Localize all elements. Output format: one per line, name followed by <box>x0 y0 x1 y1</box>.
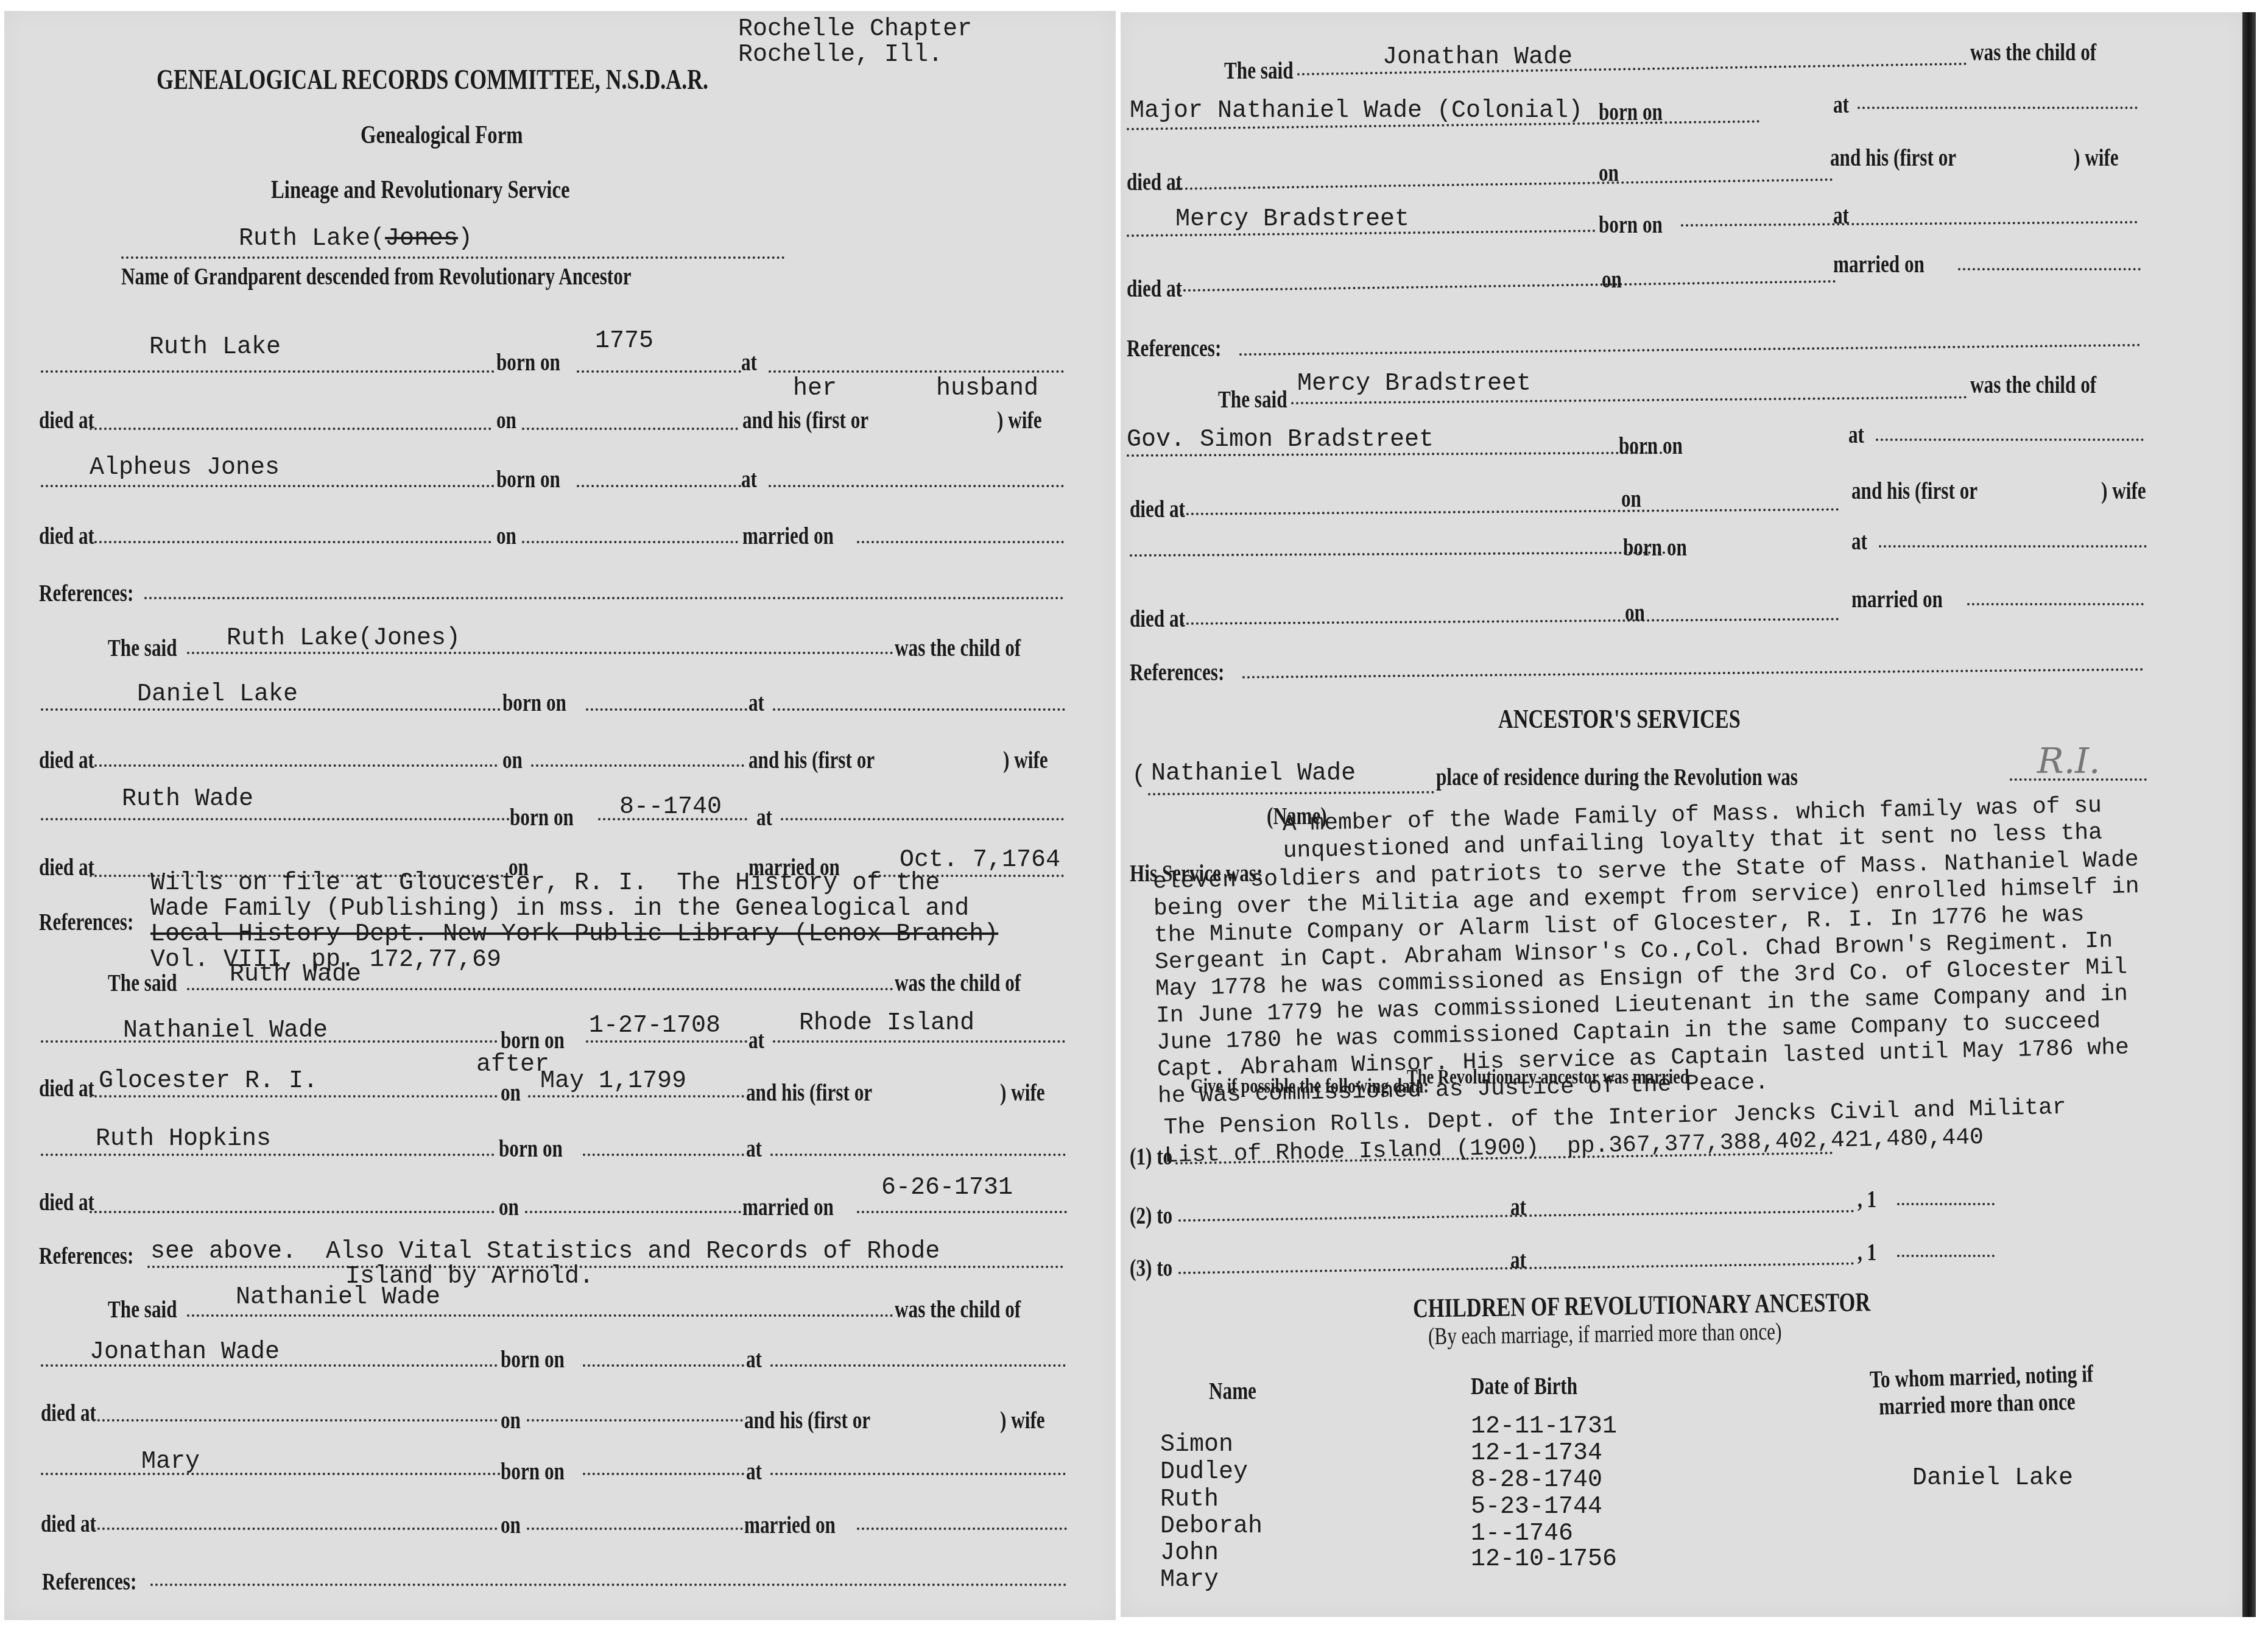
at-label: at <box>746 1457 762 1485</box>
form-subtitle: Lineage and Revolutionary Service <box>271 175 569 205</box>
year-prefix-label: , 1 <box>1858 1238 1876 1266</box>
gen1-person-field[interactable]: Ruth Lake <box>149 334 281 361</box>
gen3-mother-field[interactable]: Ruth Hopkins <box>96 1126 271 1153</box>
year-prefix-label: , 1 <box>1858 1185 1876 1213</box>
gen4-mother-field[interactable]: Mary <box>141 1448 200 1476</box>
gen4-father-field[interactable]: Jonathan Wade <box>90 1339 280 1366</box>
born-on-label: born on <box>496 465 560 493</box>
child-spouse: Daniel Lake <box>1912 1465 2073 1492</box>
was-child-of-label: was the child of <box>895 968 1021 997</box>
marriage-3-label: (3) to <box>1130 1253 1172 1282</box>
gen3-father-died-at-field[interactable]: Glocester R. I. <box>99 1068 318 1095</box>
gen2-mother-field[interactable]: Ruth Wade <box>122 786 253 813</box>
on-label: on <box>501 1406 521 1434</box>
child-dob: 8-28-1740 <box>1471 1467 1602 1494</box>
the-said-label: The said <box>108 633 177 662</box>
at-label: at <box>741 465 757 493</box>
chapter-name: Rochelle Chapter <box>738 16 972 43</box>
was-child-of-label: was the child of <box>895 633 1021 662</box>
at-label: at <box>1510 1246 1526 1274</box>
at-label: at <box>741 348 757 376</box>
born-on-label: born on <box>501 1457 565 1485</box>
marriage-1-label: (1) to <box>1130 1142 1172 1171</box>
died-at-label: died at <box>41 1398 96 1427</box>
references-label: References: <box>39 579 133 607</box>
form-page-1: Rochelle Chapter Rochelle, Ill. GENEALOG… <box>4 11 1116 1620</box>
child-dob: 12-1-1734 <box>1471 1440 1602 1467</box>
gen3-the-said-field[interactable]: Ruth Wade <box>230 961 361 988</box>
column-married-header-line2: married more than once <box>1878 1387 2076 1420</box>
the-said-label: The said <box>108 1295 177 1323</box>
gen2-references-line-3: Local History Dept. New York Public Libr… <box>150 921 998 948</box>
at-label: at <box>756 803 772 831</box>
references-label: References: <box>39 907 133 936</box>
on-label: on <box>502 745 523 774</box>
gen1-above-first-or[interactable]: her <box>793 375 837 403</box>
gen1-above-wife[interactable]: husband <box>936 375 1038 403</box>
died-at-label: died at <box>39 1074 94 1102</box>
gen2-references-line-1: Wills on file at Gloucester, R. I. The H… <box>150 870 940 897</box>
was-child-of-label: was the child of <box>895 1295 1021 1323</box>
committee-title: GENEALOGICAL RECORDS COMMITTEE, N.S.D.A.… <box>157 63 708 96</box>
gen2-father-field[interactable]: Daniel Lake <box>137 681 298 708</box>
grandparent-caption: Name of Grandparent descended from Revol… <box>121 262 632 291</box>
and-his-label: and his (first or <box>742 406 868 434</box>
gen3-father-born-on-field[interactable]: 1-27-1708 <box>589 1012 720 1040</box>
died-at-label: died at <box>39 745 94 774</box>
gen3-father-died-on-field[interactable]: May 1,1799 <box>540 1068 686 1095</box>
died-at-label: died at <box>39 406 94 434</box>
born-on-label: born on <box>510 803 574 831</box>
child-name: Mary <box>1160 1566 1219 1594</box>
at-label: at <box>748 688 764 717</box>
at-label: at <box>746 1345 762 1373</box>
child-dob: 5-23-1744 <box>1471 1493 1602 1521</box>
on-label: on <box>496 406 516 434</box>
gen3-father-born-at-field[interactable]: Rhode Island <box>799 1010 974 1037</box>
gen2-mother-born-on-field[interactable]: 8--1740 <box>619 794 722 821</box>
married-on-label: married on <box>744 1510 836 1539</box>
at-label: at <box>1510 1193 1526 1221</box>
column-name-header: Name <box>1209 1376 1256 1405</box>
child-name: Simon <box>1160 1431 1233 1459</box>
married-on-label: married on <box>742 521 834 550</box>
form-page-2: The said Jonathan Wade was the child of … <box>1121 12 2244 1617</box>
on-label: on <box>501 1078 521 1107</box>
died-at-label: died at <box>39 853 94 881</box>
wife-label: ) wife <box>1003 745 1048 774</box>
child-dob: 12-10-1756 <box>1471 1546 1617 1573</box>
gen3-father-died-on-qualifier: after <box>476 1051 549 1079</box>
married-on-label: married on <box>742 1193 834 1221</box>
marriage-2-label: (2) to <box>1130 1201 1172 1230</box>
struck-surname: Jones <box>385 225 458 253</box>
and-his-label: and his (first or <box>746 1078 872 1107</box>
on-label: on <box>501 1510 521 1539</box>
gen1-spouse-field[interactable]: Alpheus Jones <box>90 454 280 482</box>
child-name: Deborah <box>1160 1513 1263 1540</box>
references-label: References: <box>39 1241 133 1270</box>
gen2-references-line-2: Wade Family (Publishing) in mss. in the … <box>150 895 969 923</box>
child-name: John <box>1160 1540 1219 1567</box>
and-his-label: and his (first or <box>744 1406 870 1434</box>
grandparent-name-field[interactable]: Ruth Lake(Jones) <box>239 225 473 253</box>
on-label: on <box>499 1193 519 1221</box>
born-on-label: born on <box>501 1026 565 1054</box>
column-dob-header: Date of Birth <box>1471 1372 1577 1400</box>
gen4-the-said-field[interactable]: Nathaniel Wade <box>236 1284 440 1311</box>
child-dob: 12-11-1731 <box>1471 1413 1617 1440</box>
born-on-label: born on <box>499 1134 563 1163</box>
born-on-label: born on <box>496 348 560 376</box>
and-his-label: and his (first or <box>748 745 875 774</box>
born-on-label: born on <box>501 1345 565 1373</box>
children-subheading: (By each marriage, if married more than … <box>1428 1317 1782 1350</box>
references-label: References: <box>42 1567 136 1596</box>
form-title: Genealogical Form <box>361 121 523 150</box>
at-label: at <box>748 1026 764 1054</box>
child-dob: 1--1746 <box>1471 1520 1573 1548</box>
child-name: Ruth <box>1160 1486 1219 1513</box>
gen3-married-on-field[interactable]: 6-26-1731 <box>881 1174 1013 1202</box>
died-at-label: died at <box>39 1188 94 1216</box>
at-label: at <box>746 1134 762 1163</box>
born-on-label: born on <box>502 688 566 717</box>
died-at-label: died at <box>39 521 94 550</box>
marriage-1-citation: The Pension Rolls. Dept. of the Interior… <box>1096 0 2255 1596</box>
on-label: on <box>496 521 516 550</box>
page-2-binding-shadow <box>2242 12 2256 1617</box>
died-at-label: died at <box>41 1509 96 1538</box>
child-name: Dudley <box>1160 1459 1248 1486</box>
wife-label: ) wife <box>1000 1406 1045 1434</box>
gen3-references-line-1: see above. Also Vital Statistics and Rec… <box>150 1238 940 1266</box>
wife-label: ) wife <box>997 406 1042 434</box>
gen1-born-on-field[interactable]: 1775 <box>595 328 653 355</box>
the-said-label: The said <box>108 968 177 997</box>
wife-label: ) wife <box>1000 1078 1045 1107</box>
gen2-the-said-field[interactable]: Ruth Lake(Jones) <box>227 625 460 652</box>
